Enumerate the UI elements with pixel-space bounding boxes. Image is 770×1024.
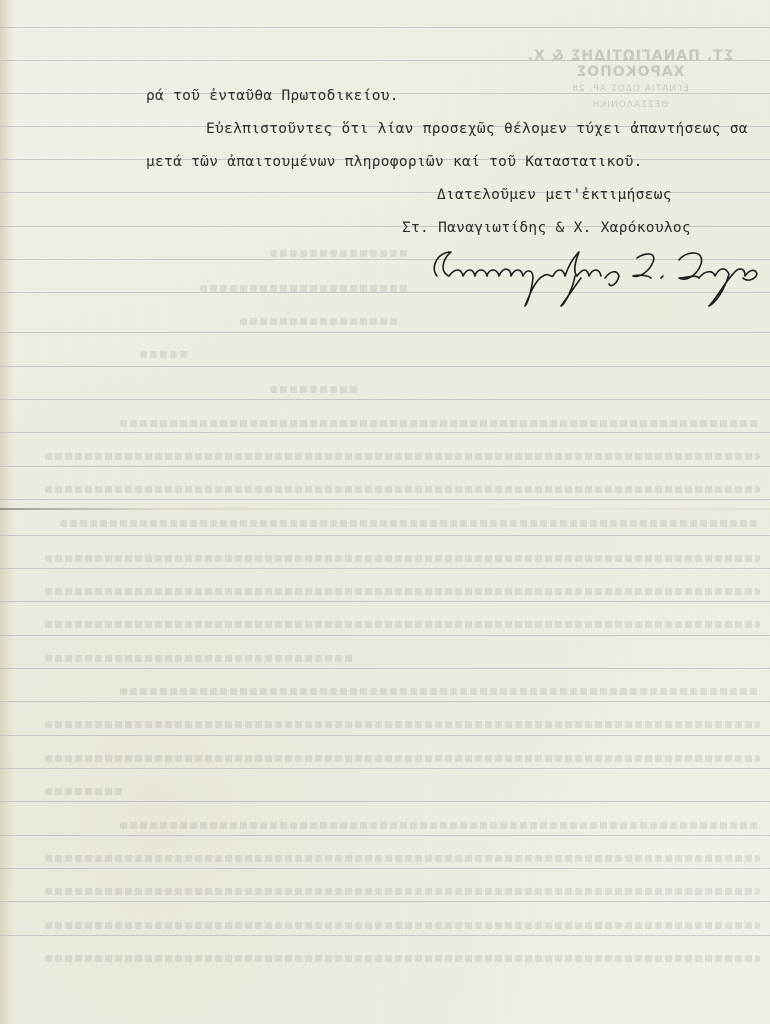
bleedthrough-text xyxy=(200,285,410,292)
handwritten-signature xyxy=(425,238,765,308)
ruled-line xyxy=(0,499,770,500)
ruled-line xyxy=(0,399,770,400)
bleedthrough-text xyxy=(120,688,760,695)
ruled-line xyxy=(0,635,770,636)
body-line-3: μετά τῶν ἀπαιτουμένων πληροφοριῶν καί το… xyxy=(146,154,643,170)
ruled-line xyxy=(0,768,770,769)
bleedthrough-text xyxy=(45,955,760,962)
body-line-1: ρά τοῦ ἐνταῦθα Πρωτοδικείου. xyxy=(146,88,399,104)
bleedthrough-text xyxy=(270,250,410,257)
bleedthrough-text xyxy=(45,922,760,929)
letter-page: ΣΤ. ΠΑΝΑΓΙΩΤΙΔΗΣ & Χ. ΧΑΡΟΚΟΠΟΣ ΕΓΝΑΤΙΑ … xyxy=(0,0,770,1024)
bleedthrough-text xyxy=(45,788,125,795)
ruled-line xyxy=(0,735,770,736)
ruled-line xyxy=(0,601,770,602)
bleedthrough-text xyxy=(60,520,760,527)
letterhead-company: ΣΤ. ΠΑΝΑΓΙΩΤΙΔΗΣ & Χ. ΧΑΡΟΚΟΠΟΣ xyxy=(505,48,755,80)
bleedthrough-text xyxy=(45,855,760,862)
bleedthrough-text xyxy=(45,621,760,628)
letterhead-address: ΕΓΝΑΤΙΑ ΟΔΟΣ ΑΡ. 28 xyxy=(505,84,755,94)
ruled-line xyxy=(0,27,770,28)
ruled-line xyxy=(0,935,770,936)
ruled-line xyxy=(0,568,770,569)
bleedthrough-text xyxy=(45,655,355,662)
ruled-line xyxy=(0,901,770,902)
letterhead-bleedthrough: ΣΤ. ΠΑΝΑΓΙΩΤΙΔΗΣ & Χ. ΧΑΡΟΚΟΠΟΣ ΕΓΝΑΤΙΑ … xyxy=(505,48,755,110)
signatories-line: Στ. Παναγιωτίδης & Χ. Χαρόκουλος xyxy=(402,220,691,236)
ruled-line xyxy=(0,668,770,669)
ruled-line xyxy=(0,868,770,869)
bleedthrough-text xyxy=(240,318,400,325)
bleedthrough-text xyxy=(140,351,190,358)
ruled-line xyxy=(0,466,770,467)
letterhead-city: ΘΕΣΣΑΛΟΝΙΚΗ xyxy=(505,100,755,110)
ruled-line xyxy=(0,801,770,802)
ruled-line xyxy=(0,332,770,333)
bleedthrough-text xyxy=(120,822,760,829)
bleedthrough-text xyxy=(45,486,760,493)
closing-line: Διατελοῦμεν μετ'ἐκτιμήσεως xyxy=(437,187,672,203)
bleedthrough-text xyxy=(45,453,760,460)
bleedthrough-text xyxy=(45,755,760,762)
bleedthrough-text xyxy=(120,420,760,427)
bleedthrough-text xyxy=(45,888,760,895)
ruled-line xyxy=(0,366,770,367)
ruled-line xyxy=(0,535,770,536)
bleedthrough-text xyxy=(45,721,760,728)
bleedthrough-text xyxy=(270,386,360,393)
body-line-2: Εὐελπιστοῦντες ὅτι λίαν προσεχῶς θέλομεν… xyxy=(206,121,748,137)
ruled-line xyxy=(0,432,770,433)
ruled-line xyxy=(0,835,770,836)
bleedthrough-text xyxy=(45,588,760,595)
page-edge-shadow xyxy=(0,0,14,1024)
ruled-line xyxy=(0,701,770,702)
paper-fold xyxy=(0,508,770,510)
bleedthrough-text xyxy=(45,555,760,562)
